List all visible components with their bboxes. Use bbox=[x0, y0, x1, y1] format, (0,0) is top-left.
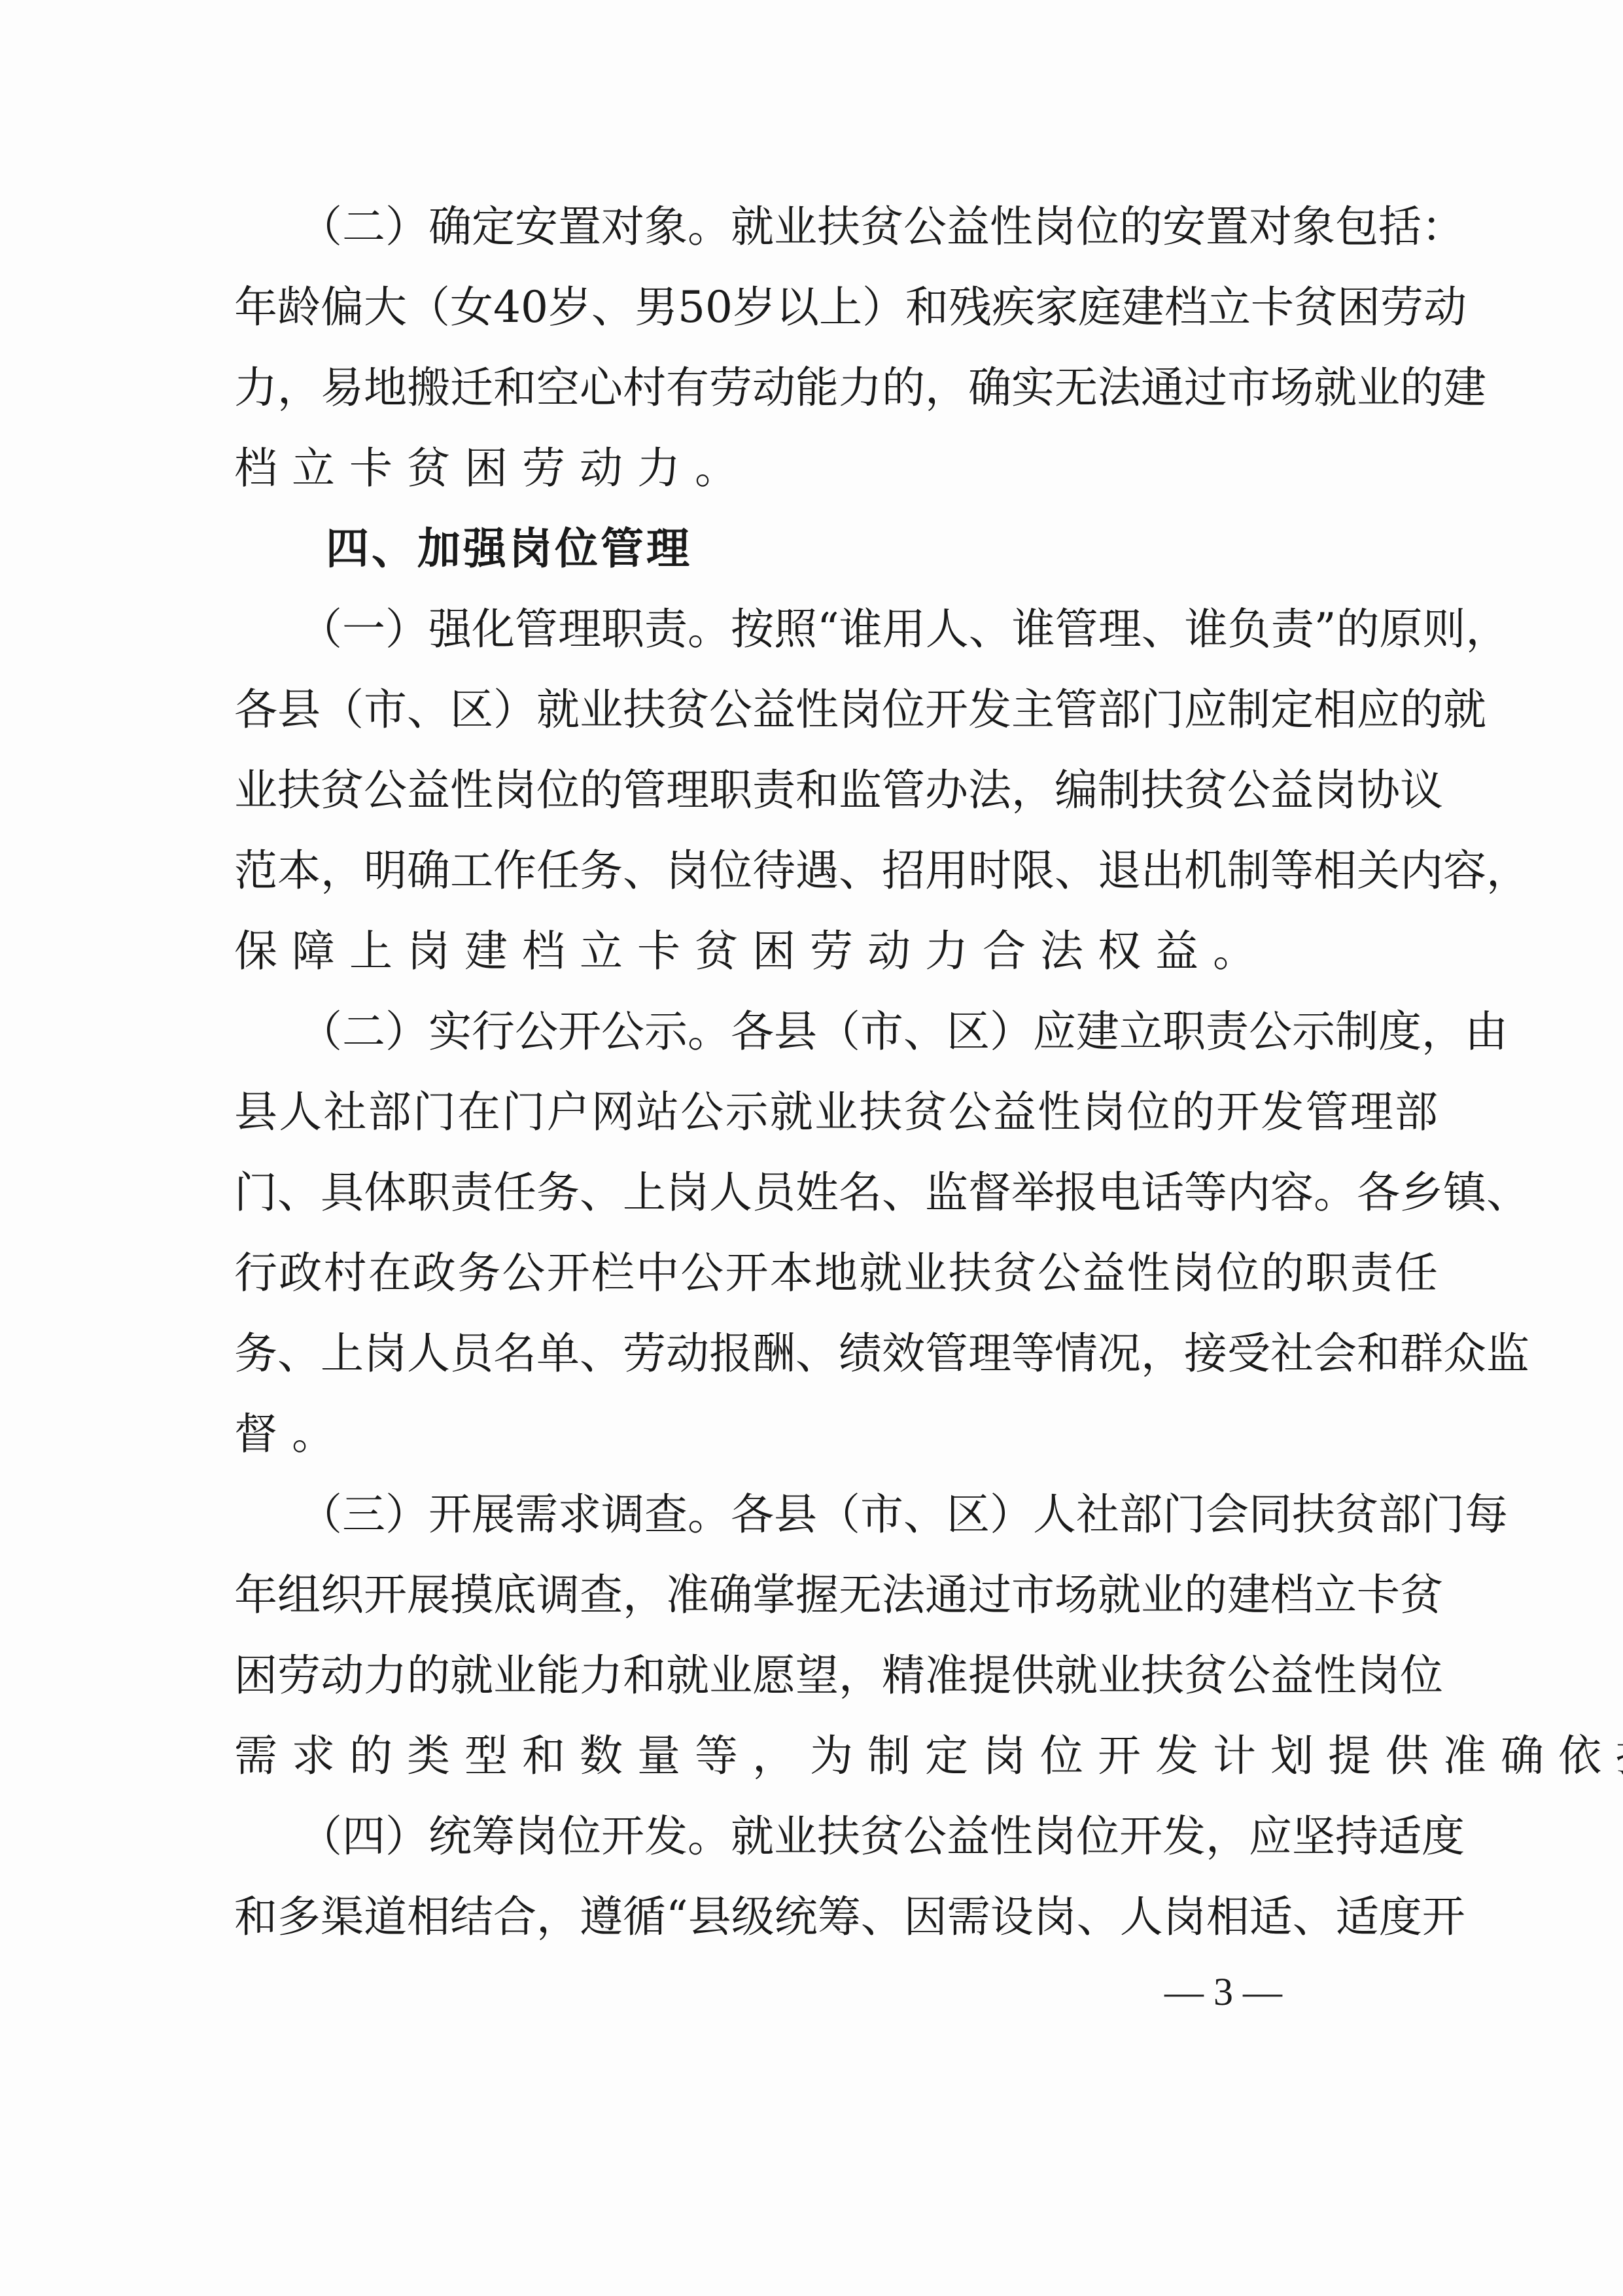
paragraph-placement-targets: （二）确定安置对象。就业扶贫公益性岗位的安置对象包括： 年龄偏大（女40岁、男5… bbox=[234, 186, 1438, 508]
document-body: （二）确定安置对象。就业扶贫公益性岗位的安置对象包括： 年龄偏大（女40岁、男5… bbox=[234, 186, 1438, 1957]
text-line: 年龄偏大（女40岁、男50岁以上）和残疾家庭建档立卡贫困劳动 bbox=[234, 267, 1438, 347]
text-line: 力，易地搬迁和空心村有劳动能力的，确实无法通过市场就业的建 bbox=[234, 347, 1438, 428]
paragraph-position-development: （四）统筹岗位开发。就业扶贫公益性岗位开发，应坚持适度 和多渠道相结合，遵循“县… bbox=[234, 1796, 1438, 1957]
text-line: 行政村在政务公开栏中公开本地就业扶贫公益性岗位的职责任 bbox=[234, 1233, 1438, 1313]
text-line: （四）统筹岗位开发。就业扶贫公益性岗位开发，应坚持适度 bbox=[234, 1796, 1438, 1877]
text-line: 年组织开展摸底调查，准确掌握无法通过市场就业的建档立卡贫 bbox=[234, 1555, 1438, 1635]
paragraph-demand-survey: （三）开展需求调查。各县（市、区）人社部门会同扶贫部门每 年组织开展摸底调查，准… bbox=[234, 1474, 1438, 1796]
text-line: 需求的类型和数量等，为制定岗位开发计划提供准确依据。 bbox=[234, 1716, 1438, 1796]
paragraph-public-disclosure: （二）实行公开公示。各县（市、区）应建立职责公示制度，由 县人社部门在门户网站公… bbox=[234, 991, 1438, 1474]
document-page: （二）确定安置对象。就业扶贫公益性岗位的安置对象包括： 年龄偏大（女40岁、男5… bbox=[0, 0, 1623, 2296]
text-line: 业扶贫公益性岗位的管理职责和监管办法，编制扶贫公益岗协议 bbox=[234, 750, 1438, 830]
text-line: （一）强化管理职责。按照“谁用人、谁管理、谁负责”的原则， bbox=[234, 589, 1438, 669]
text-line: 县人社部门在门户网站公示就业扶贫公益性岗位的开发管理部 bbox=[234, 1072, 1438, 1152]
text-line: （二）确定安置对象。就业扶贫公益性岗位的安置对象包括： bbox=[234, 186, 1438, 267]
paragraph-management-duties: （一）强化管理职责。按照“谁用人、谁管理、谁负责”的原则， 各县（市、区）就业扶… bbox=[234, 589, 1438, 991]
section-heading: 四、加强岗位管理 bbox=[234, 508, 1438, 589]
text-line: 保障上岗建档立卡贫困劳动力合法权益。 bbox=[234, 911, 1438, 991]
text-line: 范本，明确工作任务、岗位待遇、招用时限、退出机制等相关内容， bbox=[234, 830, 1438, 911]
text-line: 和多渠道相结合，遵循“县级统筹、因需设岗、人岗相适、适度开 bbox=[234, 1877, 1438, 1957]
text-line: 困劳动力的就业能力和就业愿望，精准提供就业扶贫公益性岗位 bbox=[234, 1635, 1438, 1716]
page-number: — 3 — bbox=[1138, 1969, 1308, 2015]
section-heading-strengthen-management: 四、加强岗位管理 bbox=[234, 508, 1438, 589]
text-line: 各县（市、区）就业扶贫公益性岗位开发主管部门应制定相应的就 bbox=[234, 669, 1438, 750]
text-line: （二）实行公开公示。各县（市、区）应建立职责公示制度，由 bbox=[234, 991, 1438, 1072]
text-line: 档立卡贫困劳动力。 bbox=[234, 428, 1438, 508]
text-line: （三）开展需求调查。各县（市、区）人社部门会同扶贫部门每 bbox=[234, 1474, 1438, 1555]
text-line: 务、上岗人员名单、劳动报酬、绩效管理等情况，接受社会和群众监 bbox=[234, 1313, 1438, 1394]
text-line: 督。 bbox=[234, 1394, 1438, 1474]
text-line: 门、具体职责任务、上岗人员姓名、监督举报电话等内容。各乡镇、 bbox=[234, 1152, 1438, 1233]
